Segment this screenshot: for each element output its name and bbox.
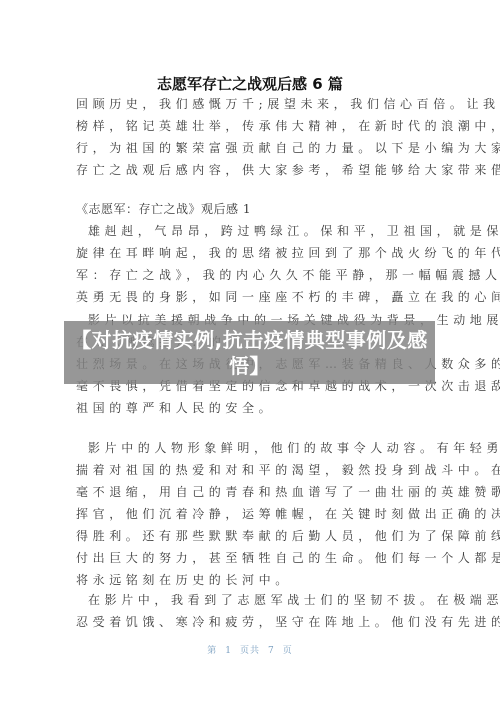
page-footer: 第1页共7页	[0, 643, 500, 656]
paragraph-3: 影片中的人物形象鲜明，他们的故事令人动容。有年轻勇敢的战士，他们怀 揣着对祖国的…	[76, 437, 424, 591]
text-line: 英勇无畏的身影，如同一座座不朽的丰碑，矗立在我的心间。	[76, 286, 424, 308]
text-line: 揣着对祖国的热爱和对和平的渴望，毅然投身到战斗中。在枪林弹雨中，他们	[76, 459, 424, 481]
text-line: 行，为祖国的繁荣富强贡献自己的力量。以下是小编为大家整理的关于志愿军	[76, 137, 424, 159]
total-pages: 7	[268, 646, 275, 656]
current-page-number: 1	[225, 646, 232, 656]
text-line: 榜样，铭记英雄壮举，传承伟大精神，在新时代的浪潮中，勇立潮头，奋勇前	[76, 115, 424, 137]
text-line: 在影片中，我看到了志愿军战士们的坚韧不拔。在极端恶劣的环境下，他们	[76, 589, 424, 611]
document-title: 志愿军存亡之战观后感 6 篇	[0, 74, 500, 94]
text-line: 旋律在耳畔响起，我的思绪被拉回到了那个战火纷飞的年代。观看完《志愿	[76, 242, 424, 264]
text-line: 影片中的人物形象鲜明，他们的故事令人动容。有年轻勇敢的战士，他们怀	[76, 437, 424, 459]
paragraph-4: 在影片中，我看到了志愿军战士们的坚韧不拔。在极端恶劣的环境下，他们 忍受着饥饿、…	[76, 589, 424, 633]
text-line: 回顾历史，我们感慨万千;展望未来，我们信心百倍。让我们以志愿军战士们为	[76, 93, 424, 115]
footer-middle: 页共	[240, 646, 260, 656]
section-block: 《志愿军：存亡之战》观后感 1 雄赳赳，气昂昂，跨过鸭绿江。保和平，卫祖国，就是…	[76, 198, 424, 308]
banner-title[interactable]: 【对抗疫情实例,抗击疫情典型事例及感悟】	[64, 327, 435, 379]
text-line: 得胜利。还有那些默默奉献的后勤人员，他们为了保障前线的物资供应，不惜	[76, 525, 424, 547]
section-title: 《志愿军：存亡之战》观后感 1	[76, 198, 424, 220]
footer-suffix: 页	[283, 646, 293, 656]
text-line: 毫不退缩，用自己的青春和热血谱写了一曲壮丽的英雄赞歌。有经验丰富的指	[76, 481, 424, 503]
title-overlay-banner[interactable]: 【对抗疫情实例,抗击疫情典型事例及感悟】	[64, 321, 435, 384]
text-line: 挥官，他们沉着冷静，运筹帷幄，在关键时刻做出正确的决策，带领战士们取	[76, 503, 424, 525]
text-line: 雄赳赳，气昂昂，跨过鸭绿江。保和平，卫祖国，就是保家乡 当这熟悉的	[76, 220, 424, 242]
text-line: 忍受着饥饿、寒冷和疲劳，坚守在阵地上。他们没有先进的武器装备，却有着	[76, 611, 424, 633]
text-line: 军：存亡之战》，我的内心久久不能平静，那一幅幅震撼人心的画面，那一个个	[76, 264, 424, 286]
footer-prefix: 第	[207, 646, 217, 656]
text-line: 付出巨大的努力，甚至牺牲自己的生命。他们每一个人都是英雄，他们的事迹	[76, 547, 424, 569]
intro-paragraph: 回顾历史，我们感慨万千;展望未来，我们信心百倍。让我们以志愿军战士们为 榜样，铭…	[76, 93, 424, 181]
document-page: 志愿军存亡之战观后感 6 篇 回顾历史，我们感慨万千;展望未来，我们信心百倍。让…	[0, 0, 500, 706]
text-line: 祖国的尊严和人民的安全。	[76, 397, 424, 419]
text-line: 将永远铭刻在历史的长河中。	[76, 569, 424, 591]
text-line: 存亡之战观后感内容，供大家参考，希望能够给大家带来借鉴或帮助。	[76, 159, 424, 181]
